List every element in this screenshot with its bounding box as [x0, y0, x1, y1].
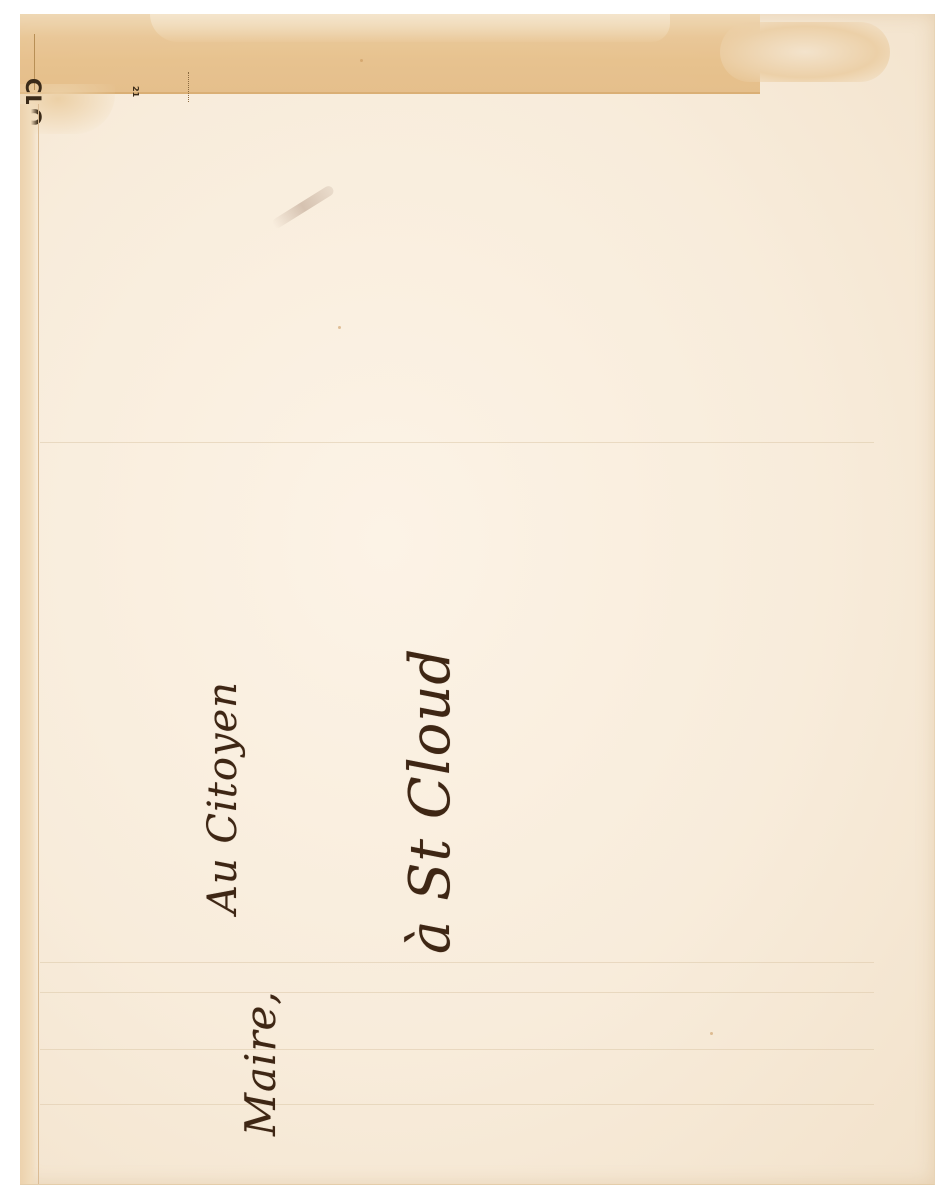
water-stain-light — [150, 14, 670, 42]
foxing-spot — [338, 326, 341, 329]
ink-smudge — [271, 184, 336, 230]
paper-ruled-line — [40, 1104, 874, 1105]
archive-label-number: 21 — [131, 86, 140, 97]
water-stain-right — [720, 22, 890, 82]
paper-ruled-line — [40, 1049, 874, 1050]
paper-ruled-line — [40, 992, 874, 993]
paper-fold-line — [40, 442, 874, 443]
foxing-spot — [360, 59, 363, 62]
archive-label: CLO — [34, 34, 131, 90]
perforation-mark — [188, 72, 189, 102]
paper-ruled-line — [40, 962, 874, 963]
address-line-place: à St Cloud — [398, 648, 463, 954]
address-line-office: Maire, — [236, 990, 285, 1136]
address-line-recipient-title: Au Citoyen — [200, 681, 246, 914]
foxing-spot — [710, 1032, 713, 1035]
document-sheet: CLO 21 Au Citoyen Maire, à St Cloud — [20, 14, 935, 1185]
torn-left-edge — [20, 104, 39, 1184]
